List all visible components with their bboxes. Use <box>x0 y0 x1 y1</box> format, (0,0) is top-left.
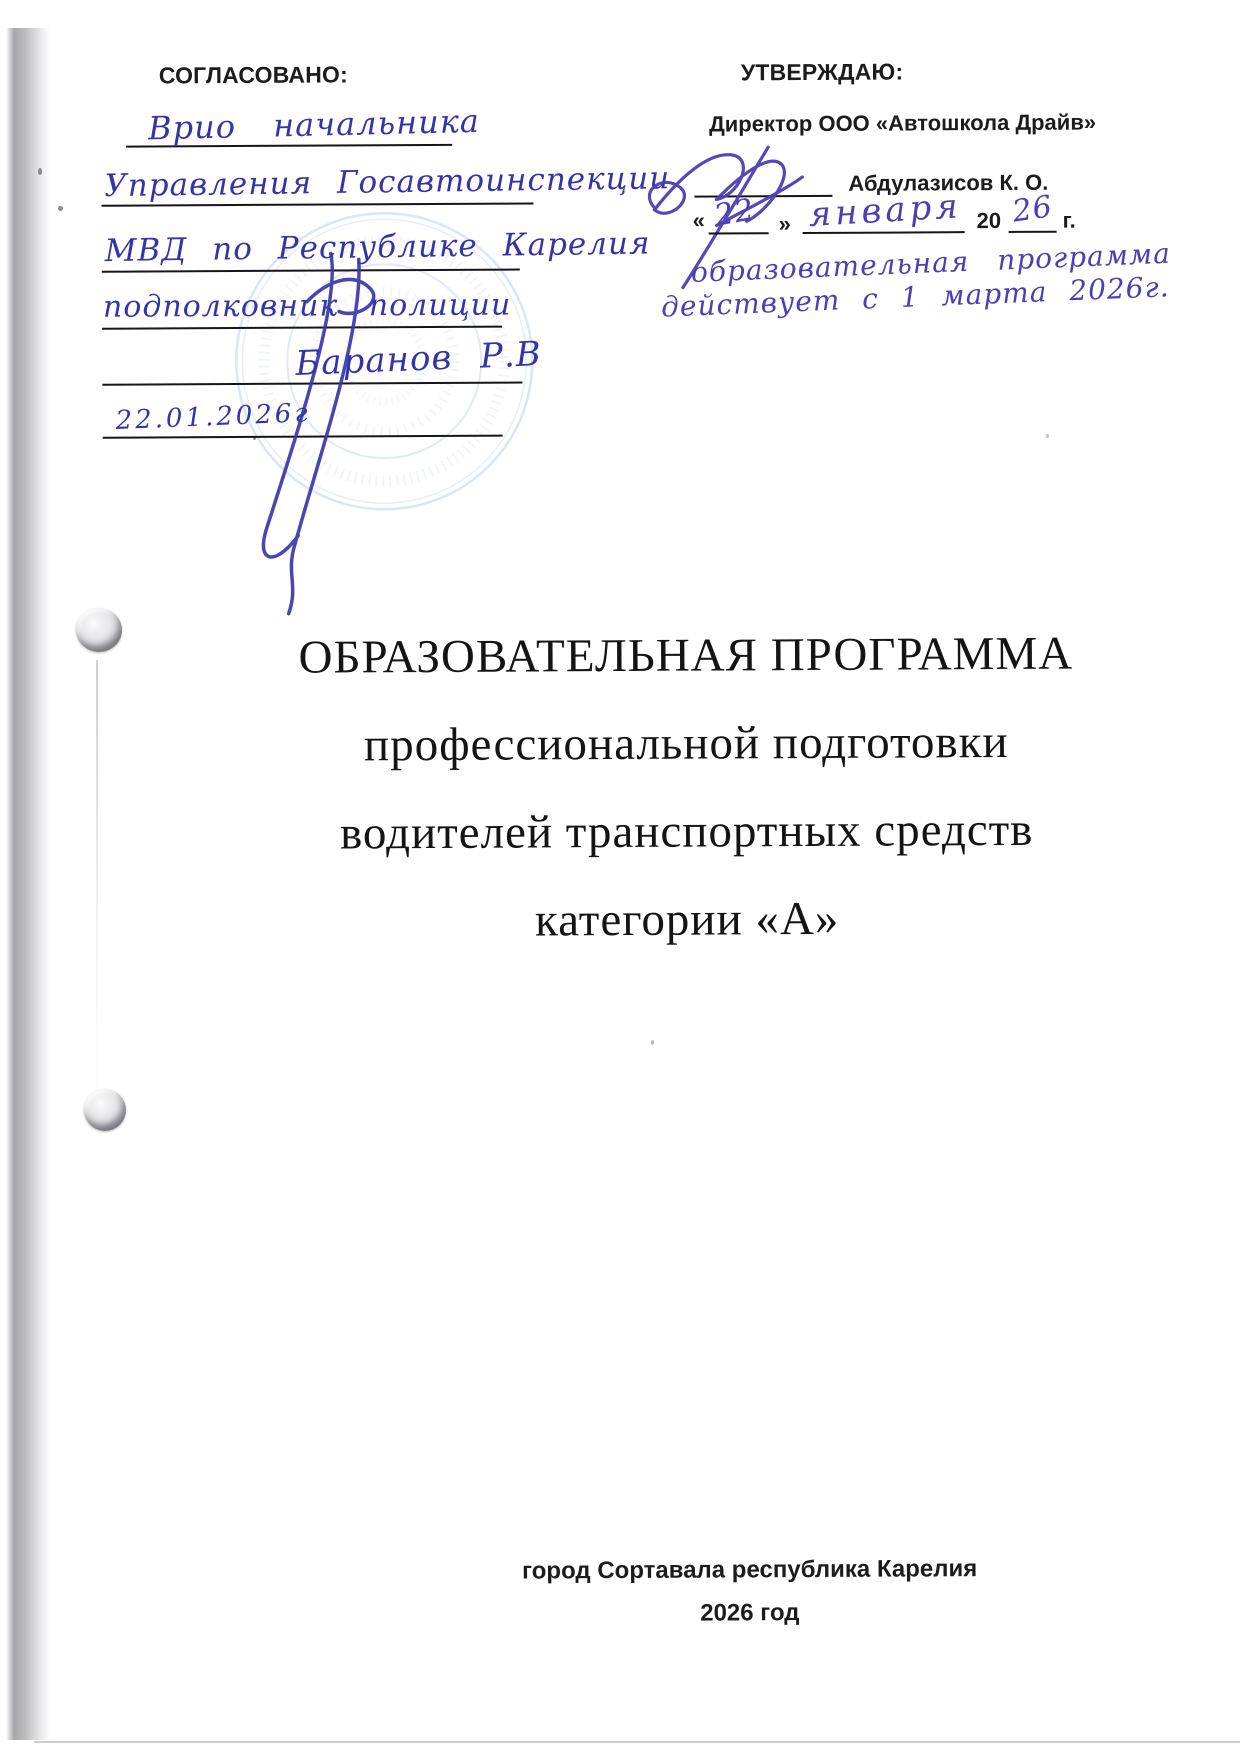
date-year-handwritten: 26 <box>1010 189 1055 229</box>
title-line-3: водителей транспортных средств <box>128 785 1240 879</box>
date-close-quote: » <box>779 211 791 237</box>
date-month-handwritten: января <box>807 186 962 235</box>
date-open-quote: « <box>692 208 704 234</box>
document-title: ОБРАЗОВАТЕЛЬНАЯ ПРОГРАММА профессиональн… <box>127 609 1240 967</box>
title-line-4: категории «А» <box>128 873 1240 967</box>
approved-label: УТВЕРЖДАЮ: <box>741 59 904 87</box>
footer-city-line: город Сортавала республика Карелия <box>252 1545 1240 1596</box>
approver-signature-icon <box>0 0 599 623</box>
title-line-2: профессиональной подготовки <box>127 697 1240 791</box>
page-content: СОГЛАСОВАНО: Врио начальника Управления … <box>0 0 1240 1754</box>
date-year-rule <box>1009 231 1057 233</box>
scanned-page: СОГЛАСОВАНО: Врио начальника Управления … <box>0 0 1240 1754</box>
footer: город Сортавала республика Карелия 2026 … <box>252 1545 1240 1636</box>
date-day-handwritten: 22 <box>712 192 758 234</box>
date-year-prefix: 20 <box>977 208 1002 234</box>
footer-year-line: 2026 год <box>252 1591 1240 1636</box>
title-line-1: ОБРАЗОВАТЕЛЬНАЯ ПРОГРАММА <box>127 609 1240 703</box>
date-year-unit: г. <box>1063 208 1076 234</box>
